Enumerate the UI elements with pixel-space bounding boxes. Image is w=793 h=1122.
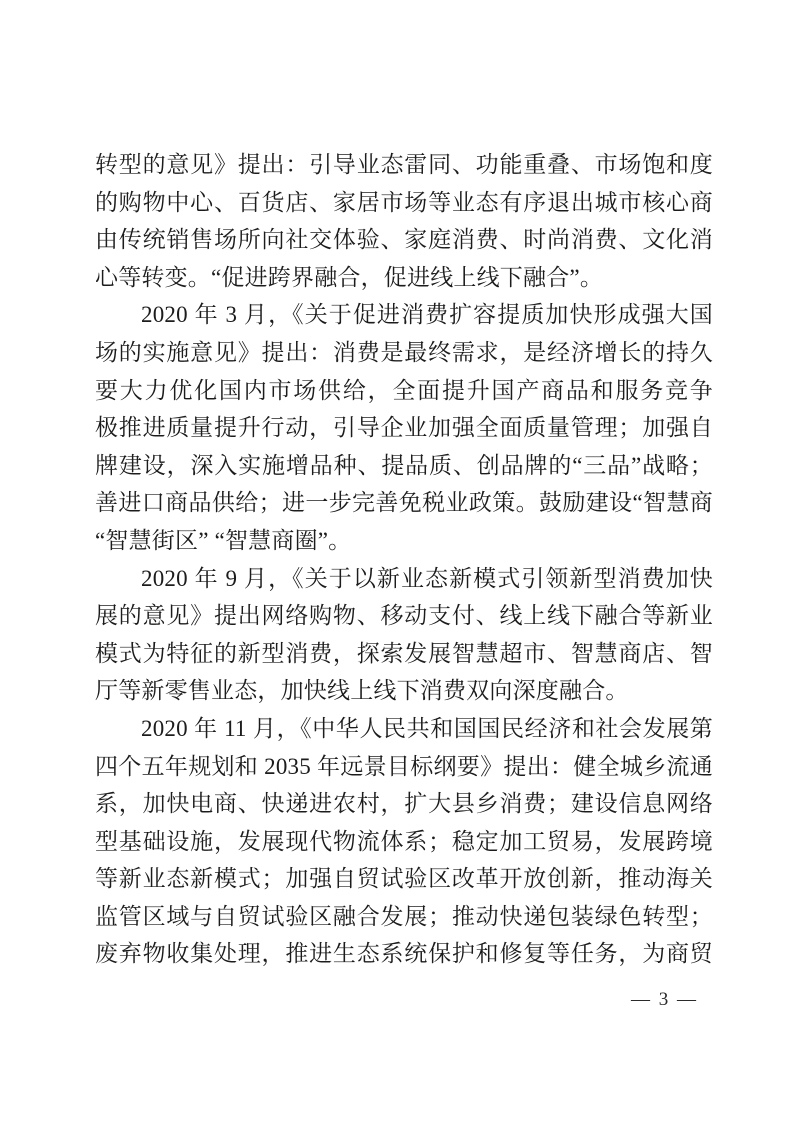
text-line: 由传统销售场所向社交体验、家庭消费、时尚消费、文化消费中 [95,221,713,259]
text-line: 转型的意见》提出：引导业态雷同、功能重叠、市场饱和度较高 [95,146,713,184]
paragraph: 2020 年 9 月，《关于以新业态新模式引领新型消费加快发 展的意见》提出网络… [95,560,713,710]
text-line: 场的实施意见》提出：消费是最终需求，是经济增长的持久动力。 [95,334,713,372]
text-line: 模式为特征的新型消费，探索发展智慧超市、智慧商店、智慧餐 [95,635,713,673]
text-line: 要大力优化国内市场供给，全面提升国产商品和服务竞争力，积 [95,372,713,410]
text-line: 监管区域与自贸试验区融合发展；推动快递包装绿色转型；加强 [95,898,713,936]
text-line: 展的意见》提出网络购物、移动支付、线上线下融合等新业态新 [95,597,713,635]
paragraph: 2020 年 11 月，《中华人民共和国国民经济和社会发展第十 四个五年规划和 … [95,710,713,973]
text-line: 型基础设施，发展现代物流体系；稳定加工贸易，发展跨境电商 [95,823,713,861]
text-line: 2020 年 11 月，《中华人民共和国国民经济和社会发展第十 [95,710,713,748]
text-line: 2020 年 9 月，《关于以新业态新模式引领新型消费加快发 [95,560,713,598]
text-line: 四个五年规划和 2035 年远景目标纲要》提出：健全城乡流通体 [95,748,713,786]
paragraph: 转型的意见》提出：引导业态雷同、功能重叠、市场饱和度较高 的购物中心、百货店、家… [95,146,713,296]
text-line: 2020 年 3 月，《关于促进消费扩容提质加快形成强大国内市 [95,296,713,334]
text-line: 厅等新零售业态，加快线上线下消费双向深度融合。 [95,672,713,710]
page-number: — 3 — [631,988,698,1012]
text-block: 转型的意见》提出：引导业态雷同、功能重叠、市场饱和度较高 的购物中心、百货店、家… [95,146,713,973]
text-line: 的购物中心、百货店、家居市场等业态有序退出城市核心商圈， [95,184,713,222]
text-line: 极推进质量提升行动，引导企业加强全面质量管理；加强自主品 [95,409,713,447]
text-line: “智慧街区” “智慧商圈”。 [95,522,713,560]
text-line: 善进口商品供给；进一步完善免税业政策。鼓励建设“智慧商店” [95,484,713,522]
paragraph: 2020 年 3 月，《关于促进消费扩容提质加快形成强大国内市 场的实施意见》提… [95,296,713,559]
text-line: 心等转变。“促进跨界融合，促进线上线下融合”。 [95,259,713,297]
text-line: 等新业态新模式；加强自贸试验区改革开放创新，推动海关特殊 [95,860,713,898]
text-line: 废弃物收集处理，推进生态系统保护和修复等任务，为商贸物流 [95,935,713,973]
text-line: 系，加快电商、快递进农村，扩大县乡消费；建设信息网络等新 [95,785,713,823]
text-line: 牌建设，深入实施增品种、提品质、创品牌的“三品”战略；改 [95,447,713,485]
document-page: 转型的意见》提出：引导业态雷同、功能重叠、市场饱和度较高 的购物中心、百货店、家… [0,0,793,1122]
